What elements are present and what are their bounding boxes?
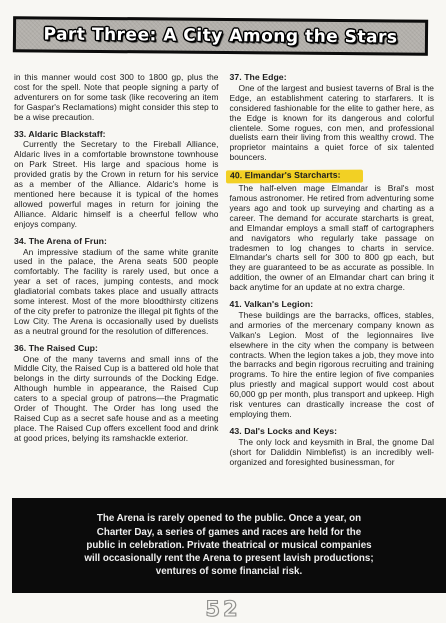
page-number: 52 [0, 597, 446, 621]
entry-heading-text: 37. The Edge: [230, 72, 287, 82]
entry-heading: 43. Dal's Locks and Keys: [230, 427, 435, 437]
callout-line: ventures of some financial risk. [156, 565, 302, 578]
entry-heading: 34. The Arena of Frun: [14, 237, 219, 247]
entry-heading-text: 36. The Raised Cup: [14, 343, 98, 353]
entry-paragraph: One of the many taverns and small inns o… [14, 355, 219, 444]
entry-heading: 36. The Raised Cup: [14, 344, 219, 354]
entry-paragraph: The only lock and keysmith in Bral, the … [230, 438, 435, 468]
right-column: 37. The Edge:One of the largest and busi… [230, 73, 435, 468]
entry-heading: 33. Aldaric Blackstaff: [14, 130, 219, 140]
entry-heading-text: 41. Valkan's Legion: [230, 299, 314, 309]
entry-paragraph: One of the largest and busiest taverns o… [230, 84, 435, 163]
left-column: in this manner would cost 300 to 1800 gp… [14, 73, 219, 468]
entry-heading: 41. Valkan's Legion: [230, 300, 435, 310]
callout-line: will occasionally rent the Arena to pres… [84, 552, 373, 565]
entry-heading-text: 34. The Arena of Frun: [14, 236, 107, 246]
entry-paragraph: The half-elven mage Elmandar is Bral's m… [230, 184, 435, 293]
part-banner-title: Part Three: A City Among the Stars [43, 24, 397, 47]
entry-paragraph: An impressive stadium of the same white … [14, 248, 219, 337]
entry-heading: 37. The Edge: [230, 73, 435, 83]
scanned-book-page: Part Three: A City Among the Stars in th… [0, 0, 446, 623]
entry-paragraph: These buildings are the barracks, office… [230, 311, 435, 420]
callout-line: public in celebration. Private theatrica… [86, 539, 371, 552]
part-banner: Part Three: A City Among the Stars [13, 16, 428, 56]
entry-heading-text: 43. Dal's Locks and Keys: [230, 426, 338, 436]
text-columns: in this manner would cost 300 to 1800 gp… [14, 73, 434, 468]
arena-callout-box: The Arena is rarely opened to the public… [12, 498, 446, 593]
callout-line: Charter Day, a series of games and races… [97, 526, 361, 539]
entry-paragraph: in this manner would cost 300 to 1800 gp… [14, 73, 219, 123]
entry-heading-text: 33. Aldaric Blackstaff: [14, 129, 106, 139]
callout-line: The Arena is rarely opened to the public… [97, 512, 361, 525]
entry-paragraph: Currently the Secretary to the Fireball … [14, 140, 219, 229]
entry-heading-highlighted: 40. Elmandar's Starcharts: [230, 170, 435, 183]
entry-heading-text: 40. Elmandar's Starcharts: [225, 170, 362, 184]
